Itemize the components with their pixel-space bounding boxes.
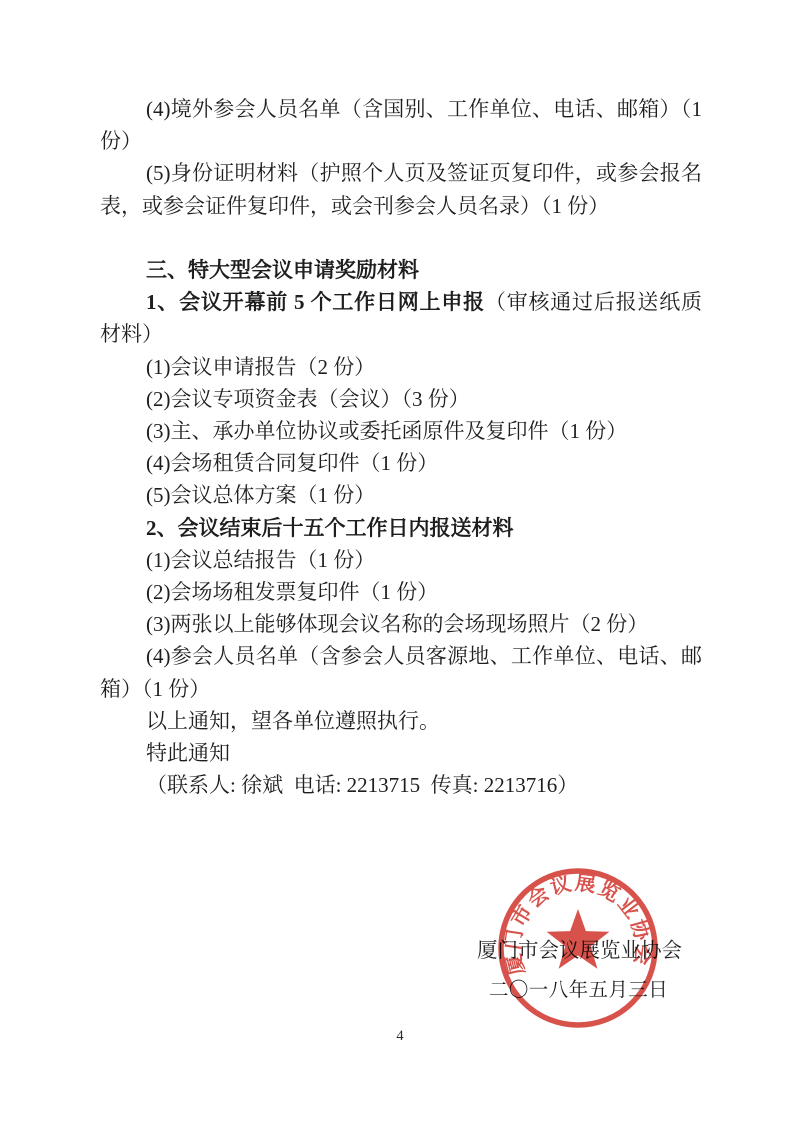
subsection-2-heading: 2、会议结束后十五个工作日内报送材料 bbox=[100, 512, 702, 544]
seal-star-icon bbox=[547, 909, 610, 969]
item-5-overall-plan: (5)会议总体方案（1 份） bbox=[100, 479, 702, 511]
document-body: (4)境外参会人员名单（含国别、工作单位、电话、邮箱）（1 份）(5)身份证明材… bbox=[100, 93, 702, 801]
item-2-rent-invoice-copy: (2)会场场租发票复印件（1 份） bbox=[100, 576, 702, 608]
item-4-overseas-attendee-list: (4)境外参会人员名单（含国别、工作单位、电话、邮箱）（1 份） bbox=[100, 93, 702, 157]
subsection-1-heading: 1、会议开幕前 5 个工作日网上申报（审核通过后报送纸质材料） bbox=[100, 286, 702, 350]
item-1-application-report: (1)会议申请报告（2 份） bbox=[100, 351, 702, 383]
closing-notice-line: 特此通知 bbox=[100, 737, 702, 769]
item-4-attendee-list: (4)参会人员名单（含参会人员客源地、工作单位、电话、邮箱）（1 份） bbox=[100, 640, 702, 704]
contact-line: （联系人: 徐斌 电话: 2213715 传真: 2213716） bbox=[100, 769, 702, 801]
item-2-special-fund-form: (2)会议专项资金表（会议）（3 份） bbox=[100, 383, 702, 415]
page-number: 4 bbox=[0, 1028, 800, 1045]
document-page: (4)境外参会人员名单（含国别、工作单位、电话、邮箱）（1 份）(5)身份证明材… bbox=[0, 0, 800, 1130]
item-3-agreement-or-letter: (3)主、承办单位协议或委托函原件及复印件（1 份） bbox=[100, 415, 702, 447]
item-3-venue-photos: (3)两张以上能够体现会议名称的会场现场照片（2 份） bbox=[100, 608, 702, 640]
official-seal-stamp: 厦门市会议展览业协会 bbox=[494, 864, 662, 1032]
closing-compliance-line: 以上通知，望各单位遵照执行。 bbox=[100, 705, 702, 737]
item-5-identity-documents: (5)身份证明材料（护照个人页及签证页复印件，或参会报名表，或参会证件复印件，或… bbox=[100, 157, 702, 221]
item-4-venue-lease-copy: (4)会场租赁合同复印件（1 份） bbox=[100, 447, 702, 479]
section-3-heading: 三、特大型会议申请奖励材料 bbox=[100, 254, 702, 286]
item-1-summary-report: (1)会议总结报告（1 份） bbox=[100, 544, 702, 576]
